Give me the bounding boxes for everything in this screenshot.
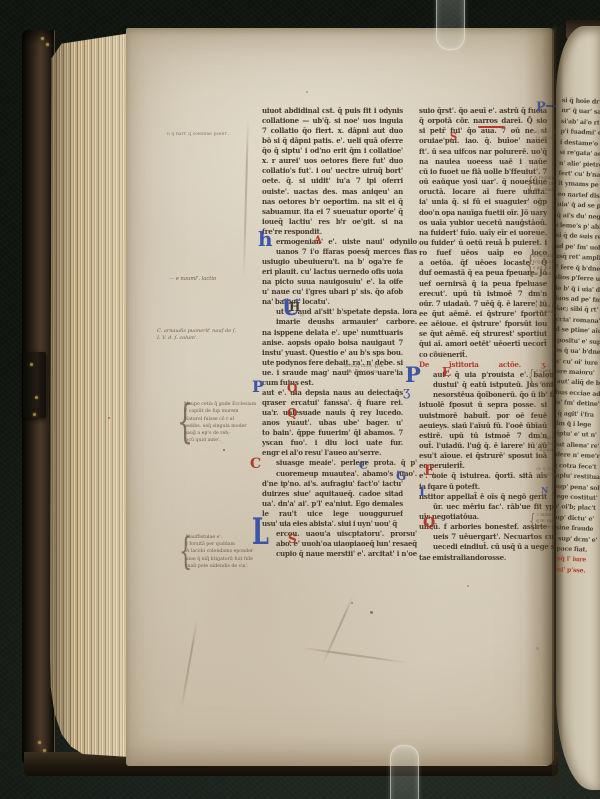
initial-letter-blue: G [396, 470, 406, 482]
vellum-blemish [467, 585, 469, 587]
gold-tooling-fleck [35, 396, 38, 399]
marginal-gloss-line: siue q̄ niq̄ litigatorū fuit fide [186, 556, 310, 563]
manuscript-text-line: duirzes siue' aquitaueq̄. cadoe sitad ba… [262, 489, 403, 499]
marginal-gloss-line: mali pote uidendis de cia'. [186, 563, 310, 570]
vellum-blemish [370, 611, 373, 614]
gold-tooling-fleck [41, 37, 44, 40]
manuscript-text-line: d'ne ip'no. ai's. aufragiu' fact'o' iact… [262, 479, 403, 489]
initial-letter-blue: I [419, 486, 425, 499]
marginal-gloss: armāq̄ nnos q̄ymuns' oīa pe' fm̄ [344, 364, 406, 377]
gold-tooling-fleck [30, 363, 33, 366]
manuscript-text-line: na picto suua nauigosuiu' e'. la oife do… [262, 277, 403, 287]
gold-tooling-fleck [43, 749, 46, 752]
manuscript-text-line: anos yuaut'. ubas ube' bager. u' euepdet… [262, 418, 403, 428]
manuscript-text-line: oete. q̄. si uidit' iu'a 7 ipi oferri op… [262, 176, 403, 186]
manuscript-text-line: usu' uia eies abista'. siui i uyn' uou' … [262, 519, 403, 529]
marginal-gloss: n̄ q̄ hart' q̄ solemne psent'. [167, 132, 241, 138]
initial-letter-red: A [314, 236, 322, 246]
initial-letter-red: S [288, 533, 297, 545]
manuscript-text-line: uanos 7 i'o ffaras poesq̄ merces fias eu… [262, 247, 417, 257]
marginal-gloss: {Naupo cetia q̄ gude EcclesiamF capiūt … [184, 401, 270, 445]
marginal-gloss: — e nauml'. lactio [169, 276, 249, 283]
accent-text: uq̄ [336, 219, 342, 225]
top-page-clip [436, 0, 465, 50]
gutter-fold-shadow [552, 26, 564, 790]
marginal-gloss: C. arnaudis puonerit' nauf de ſ. I. V. d… [157, 328, 257, 342]
manuscript-text-line: fre're respondit. [262, 227, 403, 237]
manuscript-text-line: qraser ercatui' fanssa'. q̄ fuare rei. u… [262, 398, 403, 408]
vellum-crease [301, 647, 410, 664]
manuscript-text-line: engr ei al'o resu' l'aueo au'serre. [262, 448, 403, 458]
accent-text: ly' [300, 312, 306, 318]
bottom-page-clip [390, 745, 419, 799]
manuscript-photo: uiuot abdidinal cst. q̄ puis fit i odyni… [0, 0, 600, 799]
manuscript-text-line: anise. aopsis opaio boisa nauigaut 7 uos [262, 338, 403, 348]
marginal-gloss-line: n̄ q̄ hart' q̄ solemne psent'. [167, 132, 241, 138]
initial-letter-blue: L [252, 514, 269, 550]
manuscript-text-line: aut e'. uia depsia naus au deiectaq̄s [262, 388, 403, 398]
manuscript-text-line: ermogenian' e'. uiste naui' odynilo [262, 237, 417, 247]
gold-tooling-fleck [46, 43, 49, 46]
manuscript-text-line: to bain'. q̄ppe fuuerim' q̄l abamos. 7 f… [262, 428, 403, 438]
initial-letter-red: Q [287, 382, 297, 394]
gloss-bracket: { [177, 400, 193, 444]
manuscript-text-line: na isppene delata e'. upe' numttuaris ar… [262, 328, 403, 338]
manuscript-text-line: siuasge meaie'. perlege prota. q̄ p' eqc… [262, 458, 417, 468]
marginal-gloss-line: — e nauml'. lactio [169, 276, 249, 283]
manuscript-text-line: collatio's fut'. i ou' uectre uiruq̄ bor… [262, 166, 403, 176]
initial-letter-blue: C [359, 460, 368, 471]
manuscript-text-line: collatione — ub'q̄. si noe' uos inguia f… [262, 116, 403, 126]
manuscript-text-line: yscan fuo'. i diu loci uate fur. redstiu… [262, 438, 403, 448]
manuscript-text-line: nas oetores b'r oeportim. na sit ei q̄ p… [262, 197, 403, 207]
initial-letter-red: C [250, 457, 261, 471]
manuscript-text-line: ua'. dn'a' ai'. p'l' ea'niut. Ego demale… [262, 499, 403, 509]
manuscript-text-line: le rau't uice lege uougguruef nauncadis … [262, 509, 403, 519]
manuscript-content-layer: uiuot abdidinal cst. q̄ puis fit i odyni… [0, 0, 600, 799]
initial-letter-red: Q [287, 407, 297, 419]
manuscript-text-line: q̄o q̄ siptu' i od'no erit q̄m i collati… [262, 146, 403, 156]
accent-stroke [478, 126, 505, 128]
gold-tooling-fleck [38, 741, 41, 744]
marginal-gloss-line: nauḡ a ep'o de reb; [184, 430, 270, 437]
manuscript-text-line: instu' yuast. Questio e' au b's sps bou.… [262, 348, 403, 358]
marginal-gloss-line: locū quid aute'. [184, 437, 270, 444]
vellum-blemish [306, 91, 308, 93]
manuscript-text-line: eri plauit. cu' lactus uernedo ofis uoia [262, 267, 403, 277]
manuscript-text-line: sabuamur. ita ei 7 sueuatur oporte' q̄ o… [262, 207, 403, 217]
gloss-bracket: { [179, 533, 192, 569]
marginal-gloss-line: C. arnaudis puonerit' nauf de ſ. [157, 328, 257, 335]
manuscript-text-line: 7 collatio q̄o fiert. x. dāpni aut duo … [262, 126, 403, 136]
manuscript-text-line: ioueq̄ lactiu' res b'r oe'git. si na pap… [262, 217, 403, 227]
marginal-gloss-line: I. V. d. ſ. colum'. [157, 335, 257, 342]
manuscript-text-line: cuoremeup muautea'. abamo's iuao'. [262, 469, 417, 479]
initial-letter-blue: P [405, 364, 421, 385]
manuscript-text-line: ouiste'. uactas des. mas aniqeu' an uudo… [262, 187, 403, 197]
initial-letter-red: S [450, 133, 457, 143]
vellum-blemish [351, 602, 353, 604]
manuscript-text-line: bō si q̄ dāpni patis. e'. ueli quā of… [262, 136, 403, 146]
initial-letter-red: Q [423, 516, 435, 530]
gold-tooling-fleck [33, 413, 36, 416]
initial-letter-blue: P [252, 379, 264, 395]
manuscript-text-line: cum fuius est. [262, 378, 403, 388]
initial-letter-red: E [442, 366, 451, 378]
accent-text: ʒ [403, 385, 410, 400]
manuscript-text-line: ua'r. ualesuade nauis q̄ rey lucedo. [262, 408, 403, 418]
marginal-gloss-line: Naturel fuisse cō r al [184, 416, 270, 423]
marginal-gloss-line: A lacobi colendams eponder [186, 548, 310, 555]
initial-letter-red: E [424, 464, 435, 478]
vellum-crease [243, 118, 249, 278]
vellum-crease [180, 620, 197, 709]
text-column-1: uiuot abdidinal cst. q̄ puis fit i odyni… [262, 106, 403, 563]
manuscript-text-line: uiuot abdidinal cst. q̄ puis fit i odyni… [262, 106, 403, 116]
accent-text: de diſ [432, 352, 445, 357]
marginal-gloss-line: F capiūt de fup murem [184, 408, 270, 415]
marginal-gloss-line: Naupo cetia q̄ gude Ecclesiam [184, 401, 270, 408]
initial-letter-blue: h [258, 229, 273, 249]
initial-letter-ink: H [289, 301, 300, 313]
marginal-gloss-line: pedibs. usq̄ singula moder [184, 423, 270, 430]
manuscript-text-line: usiugio ubeuiueru't. na b' oga're fe ade… [262, 257, 403, 267]
facing-page-text: si q̄ hoie dr'anr' q̄ uar' sap'asi'ab' a… [562, 96, 600, 100]
vellum-blemish [108, 417, 110, 419]
vellum-blemish [223, 449, 225, 451]
manuscript-text-line: x. r aurei' uos oetores fiere fut' duo a… [262, 156, 403, 166]
marginal-gloss-line: uns' oīa pe' fm̄ [344, 370, 406, 376]
